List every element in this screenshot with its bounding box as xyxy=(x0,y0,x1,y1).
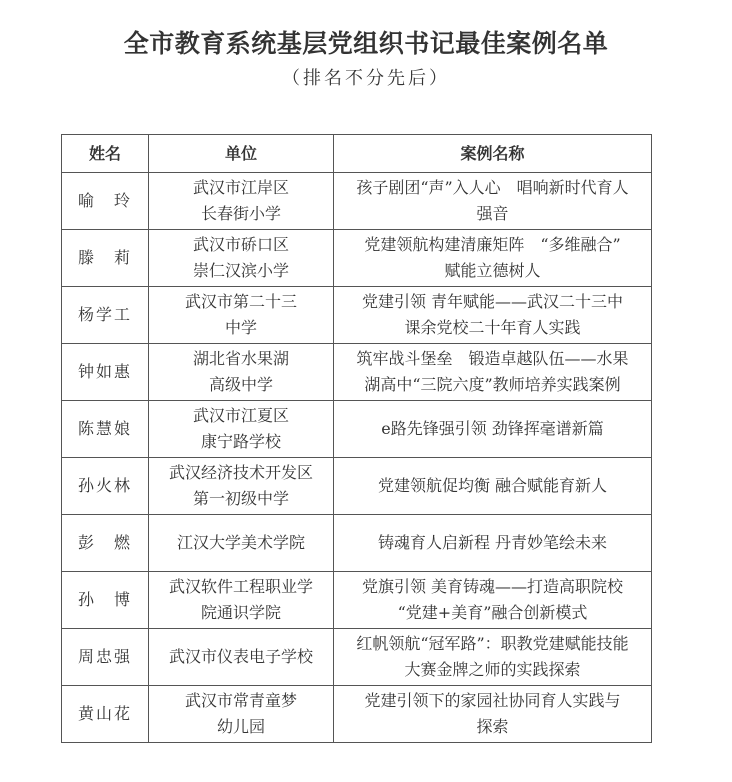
unit-line: 崇仁汉滨小学 xyxy=(149,258,333,284)
cell-name: 周忠强 xyxy=(62,629,149,686)
table-row: 孙 博 武汉软件工程职业学院通识学院 党旗引领 美育铸魂——打造高职院校“党建+… xyxy=(62,572,652,629)
case-line: “党建+美育”融合创新模式 xyxy=(334,600,651,626)
case-line: 党旗引领 美育铸魂——打造高职院校 xyxy=(334,574,651,600)
table-row: 孙火林 武汉经济技术开发区第一初级中学 党建领航促均衡 融合赋能育新人 xyxy=(62,458,652,515)
case-line: e路先锋强引领 劲锋挥毫谱新篇 xyxy=(334,416,651,442)
cell-case: 党建引领 青年赋能——武汉二十三中课余党校二十年育人实践 xyxy=(334,287,652,344)
case-list-table: 姓名 单位 案例名称 喻 玲 武汉市江岸区长春街小学 孩子剧团“声”入人心 唱响… xyxy=(61,134,652,743)
case-line: 党建引领 青年赋能——武汉二十三中 xyxy=(334,289,651,315)
table-row: 喻 玲 武汉市江岸区长春街小学 孩子剧团“声”入人心 唱响新时代育人强音 xyxy=(62,173,652,230)
case-line: 党建引领下的家园社协同育人实践与 xyxy=(334,688,651,714)
unit-line: 武汉软件工程职业学 xyxy=(149,574,333,600)
unit-line: 院通识学院 xyxy=(149,600,333,626)
cell-unit: 武汉市硚口区崇仁汉滨小学 xyxy=(149,230,334,287)
document-title: 全市教育系统基层党组织书记最佳案例名单 xyxy=(0,24,732,60)
unit-line: 幼儿园 xyxy=(149,714,333,740)
cell-unit: 武汉市仪表电子学校 xyxy=(149,629,334,686)
table-row: 滕 莉 武汉市硚口区崇仁汉滨小学 党建领航构建清廉矩阵 “多维融合”赋能立德树人 xyxy=(62,230,652,287)
cell-unit: 武汉市常青童梦幼儿园 xyxy=(149,686,334,743)
unit-line: 武汉市江岸区 xyxy=(149,175,333,201)
header-case: 案例名称 xyxy=(334,135,652,173)
cell-case: 党建领航促均衡 融合赋能育新人 xyxy=(334,458,652,515)
table-row: 周忠强 武汉市仪表电子学校 红帆领航“冠军路”：职教党建赋能技能大赛金牌之师的实… xyxy=(62,629,652,686)
unit-line: 高级中学 xyxy=(149,372,333,398)
cell-name: 彭 燃 xyxy=(62,515,149,572)
cell-case: 党建引领下的家园社协同育人实践与探索 xyxy=(334,686,652,743)
cell-case: 铸魂育人启新程 丹青妙笔绘未来 xyxy=(334,515,652,572)
document-subtitle: （排名不分先后） xyxy=(0,64,732,90)
unit-line: 武汉市常青童梦 xyxy=(149,688,333,714)
cell-case: 红帆领航“冠军路”：职教党建赋能技能大赛金牌之师的实践探索 xyxy=(334,629,652,686)
unit-line: 武汉市仪表电子学校 xyxy=(149,644,333,670)
case-line: 探索 xyxy=(334,714,651,740)
case-line: 红帆领航“冠军路”：职教党建赋能技能 xyxy=(334,631,651,657)
header-unit: 单位 xyxy=(149,135,334,173)
case-line: 强音 xyxy=(334,201,651,227)
case-line: 赋能立德树人 xyxy=(334,258,651,284)
cell-name: 陈慧娘 xyxy=(62,401,149,458)
cell-case: 孩子剧团“声”入人心 唱响新时代育人强音 xyxy=(334,173,652,230)
cell-name: 喻 玲 xyxy=(62,173,149,230)
case-line: 湖高中“三院六度”教师培养实践案例 xyxy=(334,372,651,398)
unit-line: 第一初级中学 xyxy=(149,486,333,512)
cell-unit: 武汉市第二十三中学 xyxy=(149,287,334,344)
unit-line: 武汉市硚口区 xyxy=(149,232,333,258)
case-line: 党建领航促均衡 融合赋能育新人 xyxy=(334,473,651,499)
case-line: 孩子剧团“声”入人心 唱响新时代育人 xyxy=(334,175,651,201)
table-row: 钟如惠 湖北省水果湖高级中学 筑牢战斗堡垒 锻造卓越队伍——水果湖高中“三院六度… xyxy=(62,344,652,401)
case-line: 大赛金牌之师的实践探索 xyxy=(334,657,651,683)
table-row: 陈慧娘 武汉市江夏区康宁路学校 e路先锋强引领 劲锋挥毫谱新篇 xyxy=(62,401,652,458)
unit-line: 湖北省水果湖 xyxy=(149,346,333,372)
cell-case: e路先锋强引领 劲锋挥毫谱新篇 xyxy=(334,401,652,458)
case-line: 党建领航构建清廉矩阵 “多维融合” xyxy=(334,232,651,258)
cell-case: 党建领航构建清廉矩阵 “多维融合”赋能立德树人 xyxy=(334,230,652,287)
cell-unit: 江汉大学美术学院 xyxy=(149,515,334,572)
cell-unit: 武汉市江夏区康宁路学校 xyxy=(149,401,334,458)
cell-name: 黄山花 xyxy=(62,686,149,743)
cell-unit: 武汉软件工程职业学院通识学院 xyxy=(149,572,334,629)
cell-name: 滕 莉 xyxy=(62,230,149,287)
unit-line: 武汉市第二十三 xyxy=(149,289,333,315)
case-line: 筑牢战斗堡垒 锻造卓越队伍——水果 xyxy=(334,346,651,372)
unit-line: 中学 xyxy=(149,315,333,341)
unit-line: 武汉经济技术开发区 xyxy=(149,460,333,486)
header-name: 姓名 xyxy=(62,135,149,173)
unit-line: 长春街小学 xyxy=(149,201,333,227)
cell-case: 党旗引领 美育铸魂——打造高职院校“党建+美育”融合创新模式 xyxy=(334,572,652,629)
unit-line: 江汉大学美术学院 xyxy=(149,530,333,556)
case-line: 铸魂育人启新程 丹青妙笔绘未来 xyxy=(334,530,651,556)
table-row: 黄山花 武汉市常青童梦幼儿园 党建引领下的家园社协同育人实践与探索 xyxy=(62,686,652,743)
cell-unit: 武汉经济技术开发区第一初级中学 xyxy=(149,458,334,515)
cell-name: 钟如惠 xyxy=(62,344,149,401)
cell-name: 孙火林 xyxy=(62,458,149,515)
unit-line: 武汉市江夏区 xyxy=(149,403,333,429)
cell-case: 筑牢战斗堡垒 锻造卓越队伍——水果湖高中“三院六度”教师培养实践案例 xyxy=(334,344,652,401)
table-row: 彭 燃 江汉大学美术学院 铸魂育人启新程 丹青妙笔绘未来 xyxy=(62,515,652,572)
table-header-row: 姓名 单位 案例名称 xyxy=(62,135,652,173)
case-line: 课余党校二十年育人实践 xyxy=(334,315,651,341)
unit-line: 康宁路学校 xyxy=(149,429,333,455)
cell-name: 孙 博 xyxy=(62,572,149,629)
cell-name: 杨学工 xyxy=(62,287,149,344)
table-row: 杨学工 武汉市第二十三中学 党建引领 青年赋能——武汉二十三中课余党校二十年育人… xyxy=(62,287,652,344)
cell-unit: 湖北省水果湖高级中学 xyxy=(149,344,334,401)
cell-unit: 武汉市江岸区长春街小学 xyxy=(149,173,334,230)
